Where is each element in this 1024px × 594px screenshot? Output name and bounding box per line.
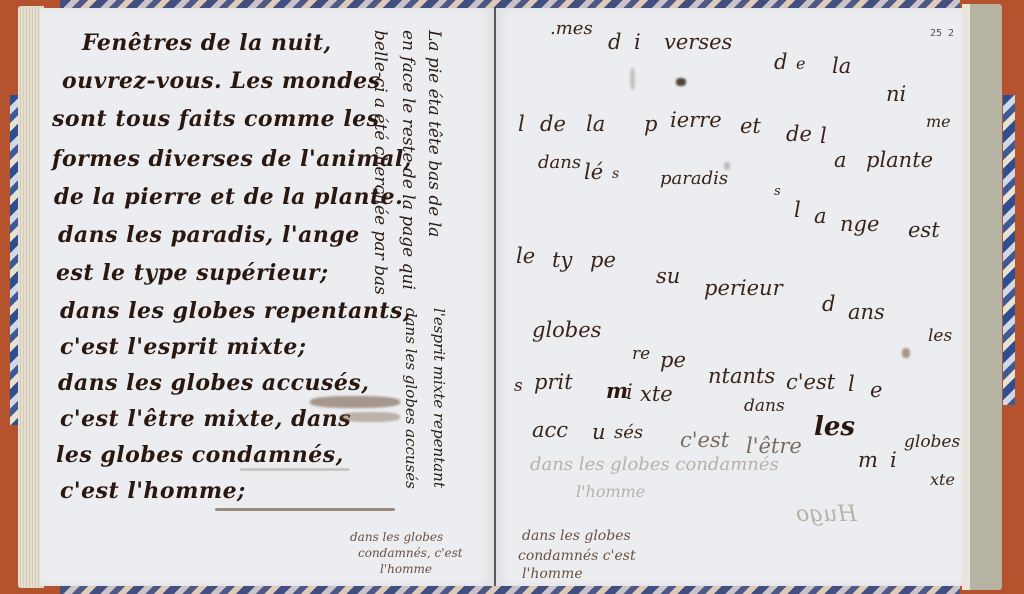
marbled-edge-bottom <box>60 586 960 594</box>
manuscript-word: paradis <box>660 168 728 189</box>
bottom-note-line: l'homme <box>380 562 432 576</box>
manuscript-word: l <box>794 198 801 222</box>
ink-stroke <box>215 508 395 511</box>
manuscript-line: sont tous faits comme les <box>52 106 380 132</box>
manuscript-line: c'est l'homme; <box>60 478 246 504</box>
ink-smudge <box>340 412 400 422</box>
manuscript-word: c'est <box>786 370 835 394</box>
manuscript-word: i <box>890 448 897 472</box>
ink-smudge <box>310 396 400 408</box>
manuscript-word: s <box>612 166 619 182</box>
manuscript-line: c'est l'esprit mixte; <box>60 334 307 360</box>
bottom-note-line: dans les globes <box>350 530 443 544</box>
manuscript-word: s <box>774 184 781 199</box>
bottom-note-line: condamnés c'est <box>518 548 636 564</box>
manuscript-word: la <box>586 112 605 136</box>
manuscript-word: e <box>870 378 882 402</box>
manuscript-line: dans les paradis, l'ange <box>58 222 360 248</box>
manuscript-word: plante <box>866 148 933 172</box>
manuscript-word: dans <box>744 396 785 416</box>
faint-pencil-text: l'homme <box>576 482 645 501</box>
manuscript-word: a <box>814 204 827 228</box>
manuscript-word: globes <box>904 432 960 452</box>
manuscript-word: sés <box>614 422 643 443</box>
manuscript-word: verses <box>664 30 732 54</box>
manuscript-word: ni <box>886 82 906 106</box>
manuscript-word: ierre <box>670 108 722 132</box>
page-stack-right <box>962 4 1002 590</box>
manuscript-word: pe <box>660 348 686 372</box>
manuscript-word: la <box>832 54 851 78</box>
manuscript-word: perieur <box>704 276 783 300</box>
manuscript-word: re <box>632 344 650 364</box>
manuscript-word: de <box>786 122 812 146</box>
ink-spot <box>902 348 910 358</box>
manuscript-line: de la pierre et de la plante. <box>54 184 403 210</box>
manuscript-word: dans <box>538 152 581 173</box>
manuscript-word: d <box>822 292 835 316</box>
left-page: Fenêtres de la nuit, ouvrez-vous. Les mo… <box>40 8 494 586</box>
manuscript-word: e <box>796 54 805 73</box>
marbled-edge-top <box>60 0 960 8</box>
manuscript-line: est le type supérieur; <box>56 260 329 286</box>
manuscript-word: d <box>608 30 621 54</box>
manuscript-word: su <box>656 264 680 288</box>
manuscript-line: dans les globes accusés, <box>58 370 369 396</box>
manuscript-word: m <box>606 378 628 403</box>
margin-vertical-text: en face le reste de la page qui <box>398 30 418 290</box>
manuscript-word: u <box>592 420 606 444</box>
manuscript-word: xte <box>930 470 955 489</box>
open-notebook: Fenêtres de la nuit, ouvrez-vous. Les mo… <box>0 0 1024 594</box>
manuscript-word: xte <box>640 382 673 406</box>
marbled-edge-right <box>1003 95 1015 405</box>
manuscript-word: me <box>926 112 951 131</box>
manuscript-word: de <box>540 112 566 136</box>
margin-vertical-text: La pie éta tête bas de la <box>424 30 444 237</box>
bottom-note-line: condamnés, c'est <box>358 546 463 560</box>
manuscript-word: nge <box>840 212 879 236</box>
manuscript-word: i <box>634 30 641 54</box>
manuscript-word: l <box>820 124 827 148</box>
ink-spot <box>724 162 730 170</box>
right-page: 25 2 .mes d i verses d e la ni l de la p… <box>496 8 962 586</box>
margin-vertical-text: belle-ci a été cherchée par bas <box>370 30 390 295</box>
manuscript-word: ntants <box>708 364 775 388</box>
margin-vertical-text: dans les globes accusés <box>402 308 420 489</box>
manuscript-word: a <box>834 148 847 172</box>
manuscript-word: p <box>644 112 657 136</box>
manuscript-word: ty <box>552 248 572 272</box>
bottom-note-line: l'homme <box>522 566 583 582</box>
ink-spot <box>676 78 686 86</box>
manuscript-word: acc <box>532 418 568 442</box>
manuscript-word: lé <box>584 160 603 184</box>
manuscript-line: formes diverses de l'animal, <box>52 146 412 172</box>
ink-spot <box>630 68 635 90</box>
margin-vertical-text: l'esprit mixte repentant <box>430 308 448 488</box>
manuscript-word: m <box>858 448 878 472</box>
manuscript-word: l <box>518 112 525 136</box>
manuscript-word: prit <box>534 370 573 394</box>
manuscript-word: l <box>848 372 855 396</box>
manuscript-line: ouvrez-vous. Les mondes <box>62 68 381 94</box>
faint-pencil-text: dans les globes condamnés <box>530 454 779 475</box>
page-number: 25 2 <box>930 28 954 39</box>
manuscript-word: i <box>626 380 633 404</box>
manuscript-word: les <box>814 412 855 442</box>
manuscript-word: .mes <box>550 18 593 39</box>
manuscript-line: c'est l'être mixte, dans <box>60 406 351 432</box>
manuscript-line: les globes condamnés, <box>56 442 344 468</box>
manuscript-line: Fenêtres de la nuit, <box>82 30 332 56</box>
manuscript-word: est <box>908 218 940 242</box>
manuscript-word: pe <box>590 248 616 272</box>
manuscript-line: dans les globes repentants, <box>60 298 411 324</box>
ink-stroke <box>240 468 350 471</box>
manuscript-word: s <box>514 376 523 396</box>
manuscript-word: les <box>928 326 952 346</box>
bottom-note-line: dans les globes <box>522 528 631 544</box>
manuscript-word: le <box>516 244 535 268</box>
manuscript-word: d <box>774 50 787 74</box>
faint-pencil-text: Hugo <box>796 502 857 527</box>
manuscript-word: c'est <box>680 428 729 452</box>
manuscript-word: et <box>740 114 761 138</box>
manuscript-word: ans <box>848 300 885 324</box>
manuscript-word: globes <box>532 318 601 342</box>
